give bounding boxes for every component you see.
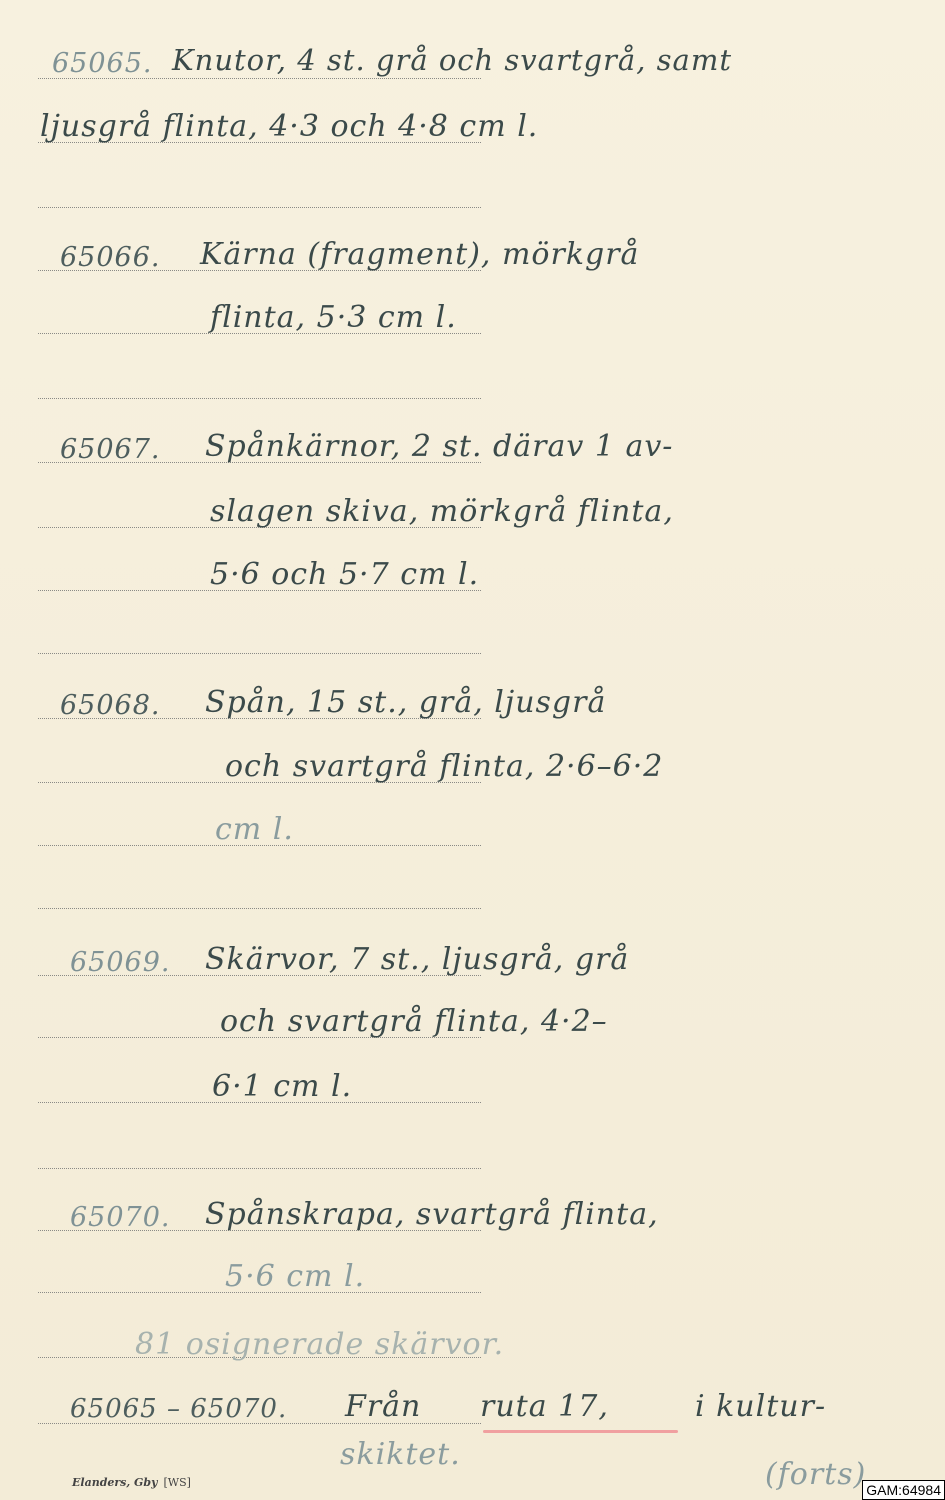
entry-line: slagen skiva, mörkgrå flinta, <box>210 497 674 527</box>
entry-line: Spån, 15 st., grå, ljusgrå <box>205 688 606 718</box>
entry-line: Kärna (fragment), mörkgrå <box>200 240 639 270</box>
ruled-line <box>38 398 481 399</box>
entry-line: 5·6 och 5·7 cm l. <box>210 560 479 590</box>
entry-number: 65069. <box>70 949 170 976</box>
catalog-card: 65065. Knutor, 4 st. grå och svartgrå, s… <box>0 0 945 1500</box>
entry-line: flinta, 5·3 cm l. <box>210 303 457 333</box>
summary-line2: skiktet. <box>340 1440 461 1470</box>
entry-line: ljusgrå flinta, 4·3 och 4·8 cm l. <box>40 112 538 142</box>
entry-line: 5·6 cm l. <box>225 1262 365 1292</box>
entry-number: 65066. <box>60 244 160 271</box>
summary-text-after: i kultur- <box>695 1392 826 1422</box>
entry-line: och svartgrå flinta, 2·6–6·2 <box>225 752 663 782</box>
printer-name: Elanders, Gby <box>72 1476 158 1489</box>
entry-number: 65070. <box>70 1204 170 1231</box>
printer-code: [WS] <box>164 1476 191 1489</box>
summary-text-before: Från <box>345 1392 421 1422</box>
printer-mark: Elanders, Gby[WS] <box>72 1476 191 1489</box>
red-underline <box>483 1430 678 1433</box>
entry-number: 65067. <box>60 436 160 463</box>
entry-line: och svartgrå flinta, 4·2– <box>220 1007 608 1037</box>
entry-line: Spånkärnor, 2 st. därav 1 av- <box>205 432 673 462</box>
ruled-line <box>38 207 481 208</box>
ruled-line <box>38 908 481 909</box>
continued-note: (forts) <box>765 1460 866 1490</box>
entry-line: Knutor, 4 st. grå och svartgrå, samt <box>172 46 732 75</box>
archive-id-label: GAM:64984 <box>862 1480 945 1500</box>
entry-number: 65065. <box>52 50 152 77</box>
entry-line: 6·1 cm l. <box>212 1072 352 1102</box>
summary-range: 65065 – 65070. <box>70 1396 287 1422</box>
entry-line: Skärvor, 7 st., ljusgrå, grå <box>205 945 629 975</box>
entry-number: 65068. <box>60 692 160 719</box>
summary-underlined: ruta 17, <box>480 1392 609 1422</box>
pencil-note: 81 osignerade skärvor. <box>135 1330 504 1360</box>
entry-line: Spånskrapa, svartgrå flinta, <box>205 1200 659 1230</box>
ruled-line <box>38 653 481 654</box>
entry-line: cm l. <box>215 815 294 845</box>
ruled-line <box>38 1168 481 1169</box>
